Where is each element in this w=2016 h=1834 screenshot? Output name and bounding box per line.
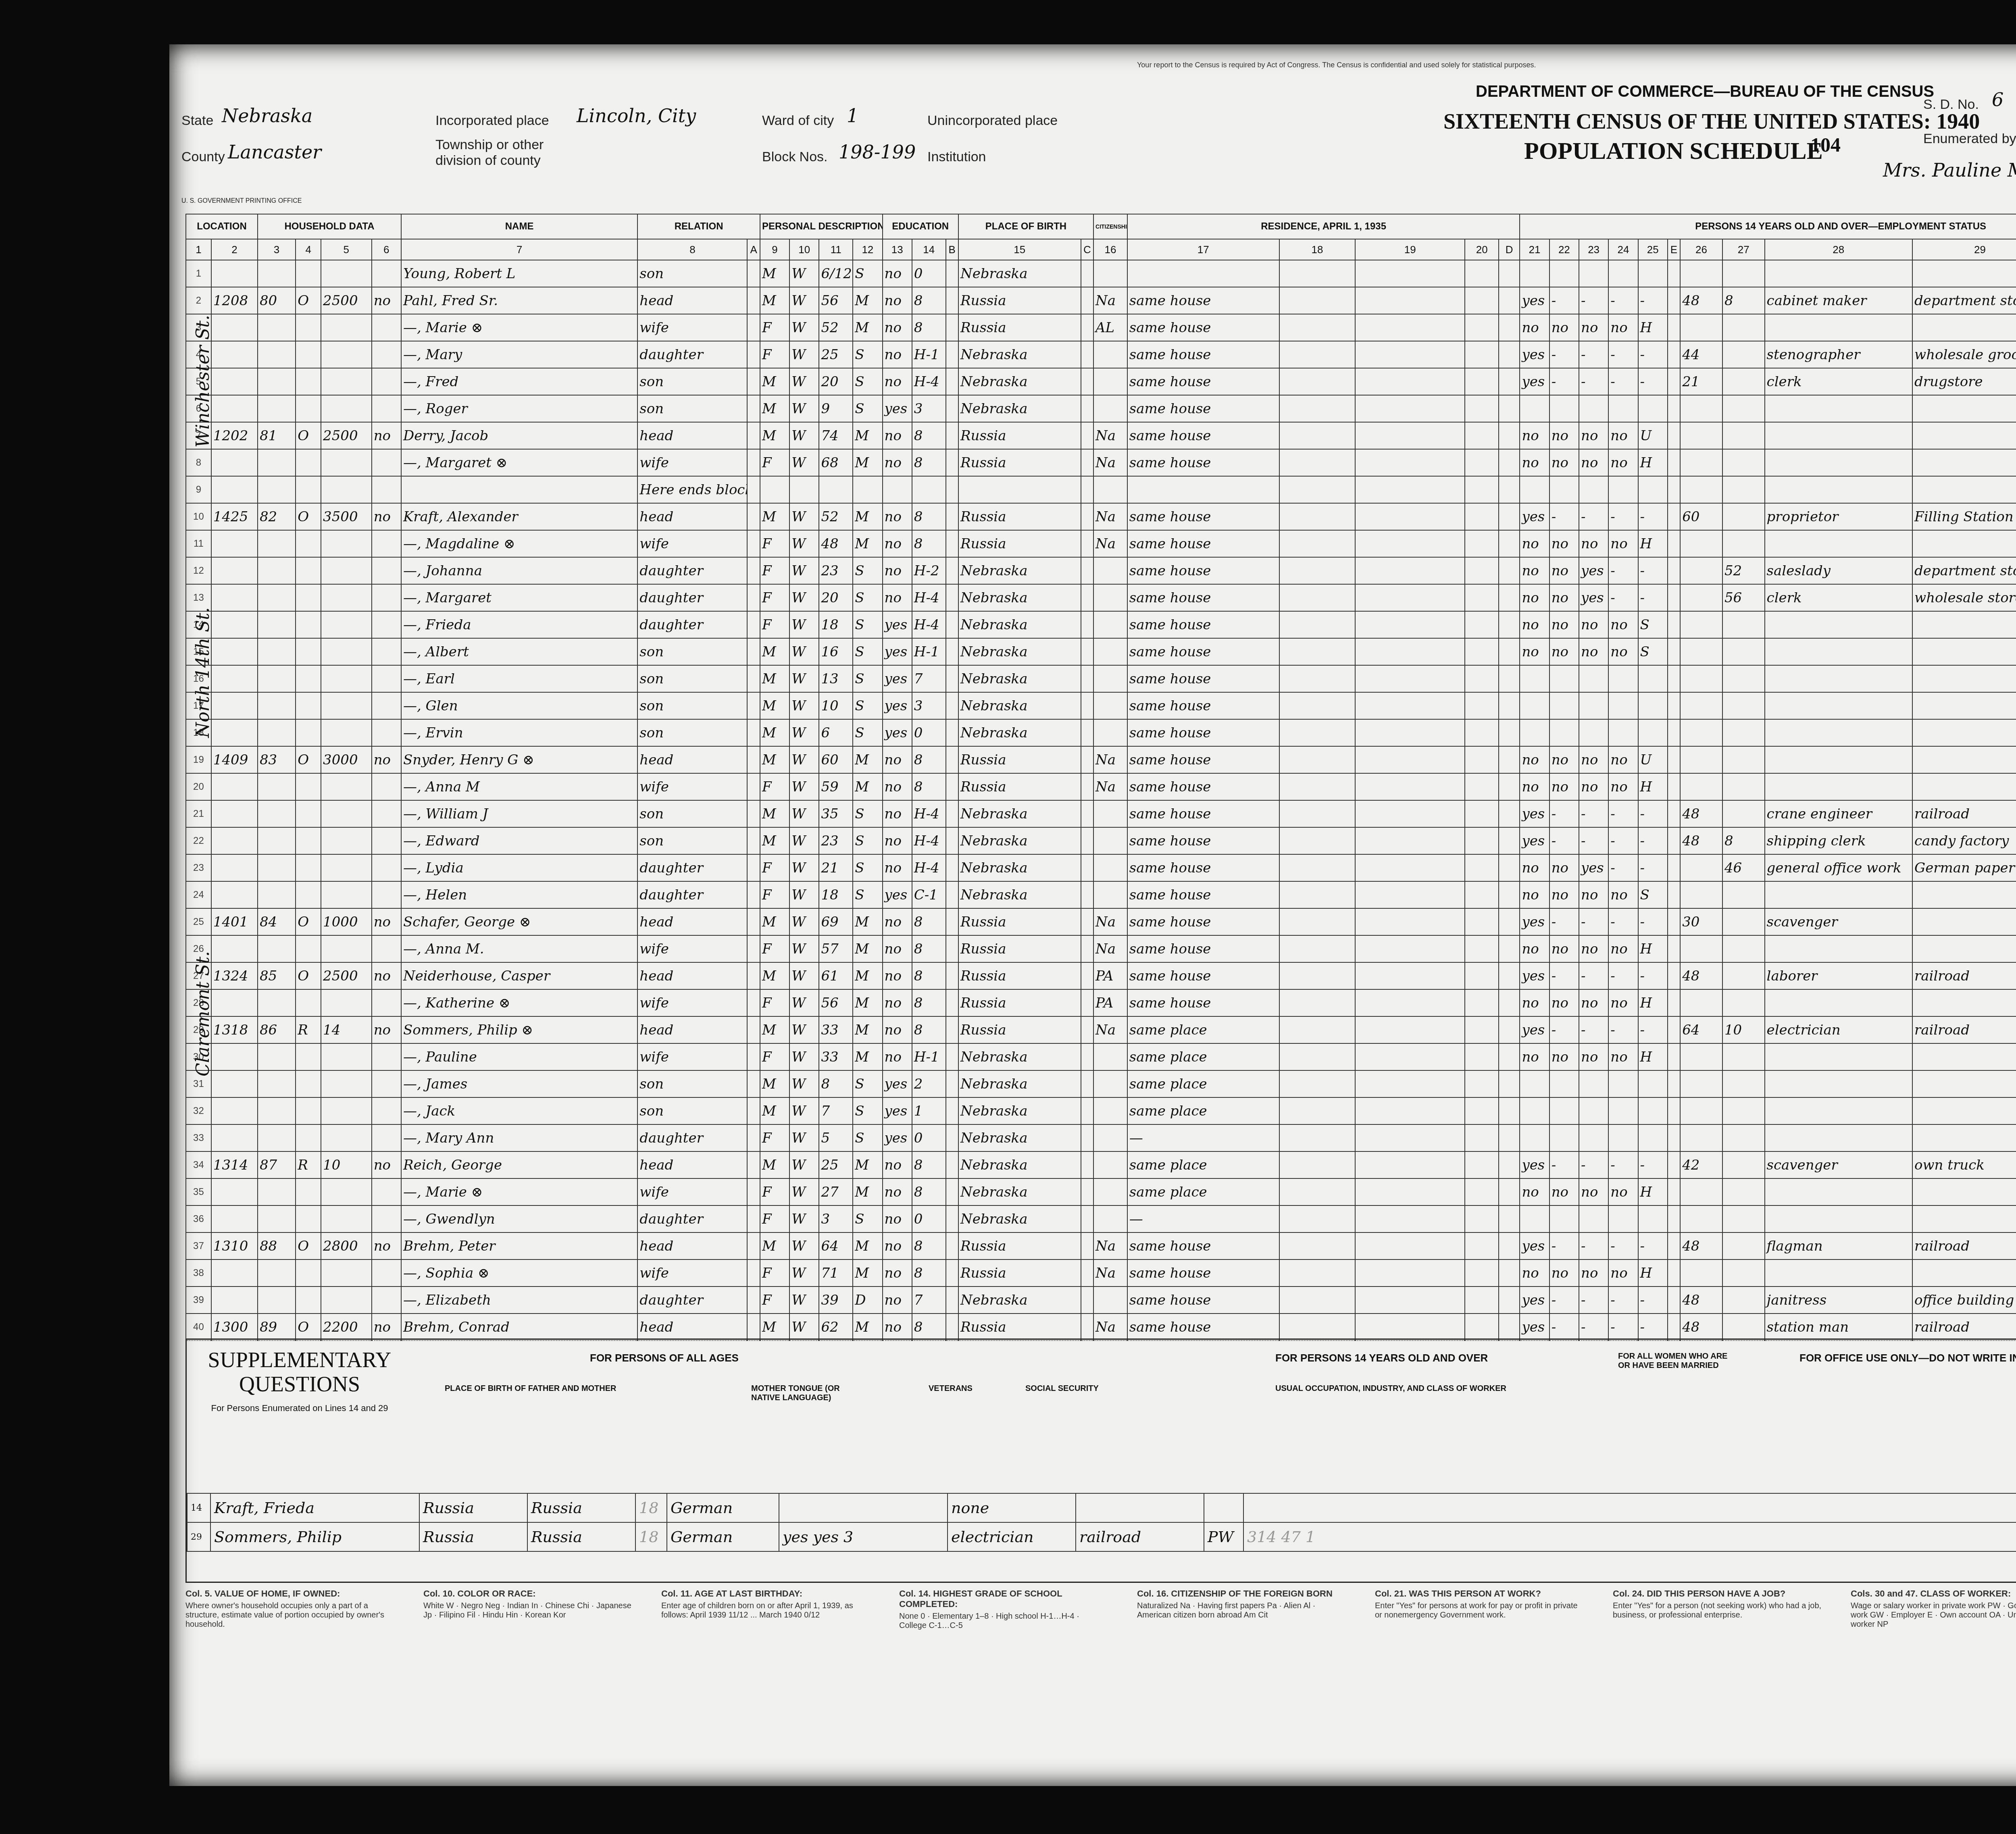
cell-cit bbox=[1093, 854, 1127, 881]
cell-line: 32 bbox=[186, 1097, 211, 1124]
cell-emp-2: no bbox=[1579, 449, 1608, 476]
cell-age: 33 bbox=[819, 1016, 853, 1043]
cell-res: same house bbox=[1127, 800, 1279, 827]
cell-emp-1: - bbox=[1549, 1287, 1579, 1314]
column-number: 23 bbox=[1579, 239, 1608, 260]
blank-cell bbox=[946, 962, 958, 989]
cell-wks bbox=[1722, 476, 1765, 503]
column-number: 7 bbox=[401, 239, 637, 260]
cell-mar: S bbox=[853, 584, 882, 611]
cell-emp-4: H bbox=[1638, 314, 1668, 341]
cell-sex: M bbox=[760, 746, 789, 773]
cell-res: same house bbox=[1127, 962, 1279, 989]
cell-emp-0: no bbox=[1520, 314, 1549, 341]
blank-cell bbox=[1081, 341, 1093, 368]
cell-hrs: 48 bbox=[1680, 1314, 1722, 1341]
cell-farm: no bbox=[372, 503, 401, 530]
cell-race: W bbox=[789, 719, 819, 746]
cell-age: 33 bbox=[819, 1043, 853, 1070]
cell-race: W bbox=[789, 1016, 819, 1043]
cell-birth: Russia bbox=[958, 1314, 1081, 1341]
cell-emp-0: no bbox=[1520, 422, 1549, 449]
cell-rel: son bbox=[637, 638, 747, 665]
cell-house bbox=[211, 1097, 258, 1124]
cell-cit: Na bbox=[1093, 503, 1127, 530]
blank-cell bbox=[946, 395, 958, 422]
blank-cell bbox=[1499, 854, 1520, 881]
blank-cell bbox=[1081, 476, 1093, 503]
cell-wks bbox=[1722, 935, 1765, 962]
blank-cell bbox=[1355, 557, 1465, 584]
township-label: Township or other division of county bbox=[435, 137, 573, 169]
cell-line: 19 bbox=[186, 746, 211, 773]
supp-mother: Russia bbox=[527, 1493, 635, 1522]
blank-cell bbox=[1668, 1287, 1680, 1314]
blank-cell bbox=[1668, 449, 1680, 476]
cell-res bbox=[1127, 260, 1279, 287]
cell-sex: F bbox=[760, 1259, 789, 1287]
cell-mar: M bbox=[853, 1259, 882, 1287]
cell-visit: 84 bbox=[258, 908, 296, 935]
cell-ind bbox=[1912, 314, 2016, 341]
cell-emp-1: no bbox=[1549, 881, 1579, 908]
cell-own bbox=[296, 935, 321, 962]
blank-cell bbox=[1668, 260, 1680, 287]
cell-emp-0: no bbox=[1520, 1043, 1549, 1070]
blank-cell bbox=[946, 1314, 958, 1341]
blank-cell bbox=[747, 584, 760, 611]
blank-cell bbox=[1499, 368, 1520, 395]
cell-value: 3500 bbox=[321, 503, 372, 530]
cell-emp-1 bbox=[1549, 692, 1579, 719]
cell-sch: no bbox=[883, 827, 912, 854]
blank-cell bbox=[747, 827, 760, 854]
cell-wks bbox=[1722, 1070, 1765, 1097]
cell-mar: M bbox=[853, 962, 882, 989]
cell-house bbox=[211, 368, 258, 395]
cell-name: Derry, Jacob bbox=[401, 422, 637, 449]
cell-name: Kraft, Alexander bbox=[401, 503, 637, 530]
cell-house bbox=[211, 584, 258, 611]
cell-emp-0: no bbox=[1520, 854, 1549, 881]
cell-emp-3 bbox=[1608, 1124, 1638, 1151]
blank-cell bbox=[1668, 908, 1680, 935]
blank-cell bbox=[1279, 476, 1355, 503]
cell-grade: 8 bbox=[912, 449, 946, 476]
blank-cell bbox=[1081, 746, 1093, 773]
cell-occ: stenographer bbox=[1765, 341, 1912, 368]
cell-race: W bbox=[789, 1314, 819, 1341]
cell-sch: yes bbox=[883, 1097, 912, 1124]
cell-hrs bbox=[1680, 1178, 1722, 1205]
table-body: 1Young, Robert LsonMW6/12Sno0Nebraska212… bbox=[186, 260, 2016, 1341]
cell-own: O bbox=[296, 422, 321, 449]
cell-res: same house bbox=[1127, 611, 1279, 638]
cell-emp-1: - bbox=[1549, 800, 1579, 827]
cell-hrs: 48 bbox=[1680, 800, 1722, 827]
blank-cell bbox=[747, 1070, 760, 1097]
cell-emp-3: no bbox=[1608, 611, 1638, 638]
cell-wks bbox=[1722, 800, 1765, 827]
cell-hrs bbox=[1680, 638, 1722, 665]
cell-name: —, Ervin bbox=[401, 719, 637, 746]
cell-emp-4: H bbox=[1638, 773, 1668, 800]
blank-cell bbox=[1081, 395, 1093, 422]
cell-emp-1: - bbox=[1549, 368, 1579, 395]
blank-cell bbox=[1081, 368, 1093, 395]
cell-rel: head bbox=[637, 962, 747, 989]
cell-farm bbox=[372, 1070, 401, 1097]
cell-emp-1: no bbox=[1549, 530, 1579, 557]
cell-own bbox=[296, 1287, 321, 1314]
supp-ss bbox=[779, 1493, 948, 1522]
blank-cell bbox=[1499, 1097, 1520, 1124]
cell-grade: 8 bbox=[912, 1232, 946, 1259]
cell-birth: Nebraska bbox=[958, 260, 1081, 287]
cell-race: W bbox=[789, 260, 819, 287]
cell-emp-3: - bbox=[1608, 341, 1638, 368]
cell-house bbox=[211, 935, 258, 962]
cell-race: W bbox=[789, 1124, 819, 1151]
cell-emp-4: S bbox=[1638, 611, 1668, 638]
blank-cell bbox=[747, 1259, 760, 1287]
blank-cell bbox=[1668, 557, 1680, 584]
cell-mar: S bbox=[853, 611, 882, 638]
cell-wks: 46 bbox=[1722, 854, 1765, 881]
cell-own bbox=[296, 260, 321, 287]
blank-cell bbox=[1279, 854, 1355, 881]
cell-visit bbox=[258, 260, 296, 287]
blank-cell bbox=[946, 638, 958, 665]
table-row: 5—, FredsonMW20SnoH-4Nebraskasame housey… bbox=[186, 368, 2016, 395]
cell-own: O bbox=[296, 287, 321, 314]
blank-cell bbox=[1081, 989, 1093, 1016]
cell-hrs bbox=[1680, 1259, 1722, 1287]
cell-emp-4: H bbox=[1638, 1178, 1668, 1205]
cell-visit: 85 bbox=[258, 962, 296, 989]
supp-ind: railroad bbox=[1076, 1522, 1204, 1551]
supp-father: Russia bbox=[419, 1522, 527, 1551]
blank-cell bbox=[1081, 1205, 1093, 1232]
cell-emp-2: - bbox=[1579, 1314, 1608, 1341]
blank-cell bbox=[747, 800, 760, 827]
cell-name: —, Johanna bbox=[401, 557, 637, 584]
cell-sch: no bbox=[883, 1314, 912, 1341]
cell-name: —, Elizabeth bbox=[401, 1287, 637, 1314]
blank-cell bbox=[1465, 908, 1499, 935]
cell-sch: no bbox=[883, 287, 912, 314]
blank-cell bbox=[1499, 260, 1520, 287]
cell-visit bbox=[258, 584, 296, 611]
ward-label: Ward of city bbox=[762, 113, 834, 129]
cell-occ: scavenger bbox=[1765, 1151, 1912, 1178]
cell-grade: 8 bbox=[912, 989, 946, 1016]
blank-cell bbox=[1081, 1314, 1093, 1341]
cell-emp-3: no bbox=[1608, 1259, 1638, 1287]
column-number: 11 bbox=[819, 239, 853, 260]
blank-cell bbox=[1499, 935, 1520, 962]
cell-grade: 8 bbox=[912, 422, 946, 449]
cell-hrs bbox=[1680, 260, 1722, 287]
cell-visit bbox=[258, 989, 296, 1016]
cell-rel: son bbox=[637, 719, 747, 746]
blank-cell bbox=[1668, 422, 1680, 449]
cell-farm bbox=[372, 476, 401, 503]
cell-emp-2 bbox=[1579, 1124, 1608, 1151]
cell-rel: head bbox=[637, 503, 747, 530]
blank-cell bbox=[1499, 314, 1520, 341]
cell-emp-0 bbox=[1520, 395, 1549, 422]
cell-res: same house bbox=[1127, 503, 1279, 530]
cell-emp-2 bbox=[1579, 1070, 1608, 1097]
blank-cell bbox=[1668, 1043, 1680, 1070]
cell-value bbox=[321, 584, 372, 611]
cell-emp-0: no bbox=[1520, 584, 1549, 611]
blank-cell bbox=[1081, 503, 1093, 530]
cell-sex: M bbox=[760, 908, 789, 935]
blank-cell bbox=[747, 1016, 760, 1043]
blank-cell bbox=[1279, 287, 1355, 314]
blank-cell bbox=[1499, 881, 1520, 908]
blank-cell bbox=[1081, 1124, 1093, 1151]
table-row: 10142582O3500noKraft, AlexanderheadMW52M… bbox=[186, 503, 2016, 530]
cell-occ bbox=[1765, 314, 1912, 341]
column-number: 19 bbox=[1355, 239, 1465, 260]
cell-ind bbox=[1912, 638, 2016, 665]
cell-emp-2 bbox=[1579, 395, 1608, 422]
cell-visit bbox=[258, 476, 296, 503]
cell-sch bbox=[883, 476, 912, 503]
blank-cell bbox=[1279, 314, 1355, 341]
cell-visit bbox=[258, 1205, 296, 1232]
blank-cell bbox=[1081, 1016, 1093, 1043]
blank-cell bbox=[1499, 665, 1520, 692]
blank-cell bbox=[747, 314, 760, 341]
cell-cit bbox=[1093, 692, 1127, 719]
cell-own bbox=[296, 1178, 321, 1205]
cell-emp-3: no bbox=[1608, 422, 1638, 449]
cell-res: same place bbox=[1127, 1016, 1279, 1043]
blank-cell bbox=[1081, 1070, 1093, 1097]
blank-cell bbox=[1279, 611, 1355, 638]
blank-cell bbox=[747, 368, 760, 395]
cell-grade bbox=[912, 476, 946, 503]
cell-ind bbox=[1912, 1178, 2016, 1205]
cell-cit: Na bbox=[1093, 287, 1127, 314]
table-row: 11—, Magdaline ⊗wifeFW48Mno8RussiaNasame… bbox=[186, 530, 2016, 557]
table-row: 14—, FriedadaughterFW18SyesH-4Nebraskasa… bbox=[186, 611, 2016, 638]
cell-name bbox=[401, 476, 637, 503]
cell-own: O bbox=[296, 908, 321, 935]
blank-cell bbox=[946, 1097, 958, 1124]
cell-emp-1: - bbox=[1549, 908, 1579, 935]
cell-grade: 7 bbox=[912, 665, 946, 692]
cell-farm bbox=[372, 935, 401, 962]
cell-value bbox=[321, 530, 372, 557]
cell-emp-1: - bbox=[1549, 962, 1579, 989]
cell-name: Young, Robert L bbox=[401, 260, 637, 287]
blank-cell bbox=[1465, 557, 1499, 584]
cell-farm bbox=[372, 557, 401, 584]
note-title: Col. 21. WAS THIS PERSON AT WORK? bbox=[1375, 1588, 1585, 1599]
blank-cell bbox=[747, 1178, 760, 1205]
blank-cell bbox=[1668, 1314, 1680, 1341]
blank-cell bbox=[946, 503, 958, 530]
cell-birth: Nebraska bbox=[958, 827, 1081, 854]
cell-birth: Nebraska bbox=[958, 1097, 1081, 1124]
blank-cell bbox=[1465, 746, 1499, 773]
blank-cell bbox=[1465, 1178, 1499, 1205]
cell-res: same house bbox=[1127, 368, 1279, 395]
cell-birth: Nebraska bbox=[958, 665, 1081, 692]
cell-emp-2: - bbox=[1579, 1232, 1608, 1259]
cell-birth: Nebraska bbox=[958, 854, 1081, 881]
cell-sch: no bbox=[883, 422, 912, 449]
cell-race: W bbox=[789, 422, 819, 449]
blank-cell bbox=[1081, 611, 1093, 638]
cell-age: 6 bbox=[819, 719, 853, 746]
cell-race: W bbox=[789, 962, 819, 989]
cell-farm bbox=[372, 341, 401, 368]
cell-res: same house bbox=[1127, 1232, 1279, 1259]
cell-sch: no bbox=[883, 746, 912, 773]
cell-emp-1 bbox=[1549, 260, 1579, 287]
cell-own: R bbox=[296, 1151, 321, 1178]
cell-emp-4 bbox=[1638, 692, 1668, 719]
cell-race: W bbox=[789, 692, 819, 719]
cell-race: W bbox=[789, 611, 819, 638]
cell-emp-2: - bbox=[1579, 827, 1608, 854]
cell-visit bbox=[258, 1287, 296, 1314]
cell-res: same house bbox=[1127, 341, 1279, 368]
cell-emp-1: no bbox=[1549, 422, 1579, 449]
cell-name: —, Marie ⊗ bbox=[401, 1178, 637, 1205]
blank-cell bbox=[1279, 935, 1355, 962]
cell-mar: S bbox=[853, 260, 882, 287]
cell-emp-1: - bbox=[1549, 341, 1579, 368]
cell-age: 56 bbox=[819, 989, 853, 1016]
column-number: 8 bbox=[637, 239, 747, 260]
cell-cit bbox=[1093, 341, 1127, 368]
cell-name: —, Anna M bbox=[401, 773, 637, 800]
cell-farm: no bbox=[372, 1151, 401, 1178]
blank-cell bbox=[1355, 530, 1465, 557]
blank-cell bbox=[1465, 881, 1499, 908]
cell-mar: M bbox=[853, 935, 882, 962]
cell-emp-2 bbox=[1579, 665, 1608, 692]
cell-emp-3: - bbox=[1608, 368, 1638, 395]
blank-cell bbox=[1668, 773, 1680, 800]
cell-emp-0: no bbox=[1520, 449, 1549, 476]
blank-cell bbox=[1081, 1232, 1093, 1259]
blank-cell bbox=[1465, 1070, 1499, 1097]
cell-house: 1409 bbox=[211, 746, 258, 773]
cell-farm bbox=[372, 368, 401, 395]
cell-grade: H-4 bbox=[912, 611, 946, 638]
cell-occ: shipping clerk bbox=[1765, 827, 1912, 854]
enumerator-name: Mrs. Pauline Meier 1611 No 18 bbox=[1883, 159, 2016, 181]
note-body: Enter "Yes" for persons at work for pay … bbox=[1375, 1601, 1578, 1620]
cell-value bbox=[321, 1043, 372, 1070]
cell-cit bbox=[1093, 1043, 1127, 1070]
blank-cell bbox=[1355, 368, 1465, 395]
cell-occ: station man bbox=[1765, 1314, 1912, 1341]
cell-ind bbox=[1912, 1205, 2016, 1232]
cell-rel: son bbox=[637, 260, 747, 287]
cell-emp-3 bbox=[1608, 665, 1638, 692]
cell-emp-2: - bbox=[1579, 800, 1608, 827]
blank-cell bbox=[1355, 1259, 1465, 1287]
cell-emp-1 bbox=[1549, 1205, 1579, 1232]
cell-birth: Russia bbox=[958, 935, 1081, 962]
cell-value: 2200 bbox=[321, 1314, 372, 1341]
cell-ind bbox=[1912, 422, 2016, 449]
cell-emp-0 bbox=[1520, 476, 1549, 503]
column-number: 25 bbox=[1638, 239, 1668, 260]
blank-cell bbox=[747, 746, 760, 773]
cell-value: 14 bbox=[321, 1016, 372, 1043]
blank-cell bbox=[747, 530, 760, 557]
cell-occ bbox=[1765, 1043, 1912, 1070]
note-title: Col. 5. VALUE OF HOME, IF OWNED: bbox=[185, 1588, 395, 1599]
blank-cell bbox=[1355, 962, 1465, 989]
blank-cell bbox=[1355, 719, 1465, 746]
cell-emp-0 bbox=[1520, 1097, 1549, 1124]
blank-cell bbox=[1668, 368, 1680, 395]
section-education: EDUCATION bbox=[883, 214, 958, 239]
cell-house: 1310 bbox=[211, 1232, 258, 1259]
blank-cell bbox=[747, 935, 760, 962]
cell-emp-1: no bbox=[1549, 557, 1579, 584]
cell-mar: S bbox=[853, 719, 882, 746]
column-number: 5 bbox=[321, 239, 372, 260]
state-value: Nebraska bbox=[222, 105, 312, 127]
blank-cell bbox=[747, 665, 760, 692]
cell-grade: H-4 bbox=[912, 854, 946, 881]
cell-age: 60 bbox=[819, 746, 853, 773]
cell-occ bbox=[1765, 989, 1912, 1016]
cell-race: W bbox=[789, 665, 819, 692]
blank-cell bbox=[1499, 1259, 1520, 1287]
cell-visit: 80 bbox=[258, 287, 296, 314]
cell-value bbox=[321, 557, 372, 584]
cell-emp-0: yes bbox=[1520, 1314, 1549, 1341]
blank-cell bbox=[1668, 1124, 1680, 1151]
blank-cell bbox=[1499, 692, 1520, 719]
blank-cell bbox=[946, 530, 958, 557]
column-number: 2 bbox=[211, 239, 258, 260]
table-row: 8—, Margaret ⊗wifeFW68Mno8RussiaNasame h… bbox=[186, 449, 2016, 476]
blank-cell bbox=[747, 1097, 760, 1124]
cell-mar: M bbox=[853, 1043, 882, 1070]
cell-rel: wife bbox=[637, 314, 747, 341]
cell-own: R bbox=[296, 1016, 321, 1043]
cell-race bbox=[789, 476, 819, 503]
cell-emp-4 bbox=[1638, 1205, 1668, 1232]
cell-emp-1 bbox=[1549, 1124, 1579, 1151]
cell-visit: 88 bbox=[258, 1232, 296, 1259]
blank-cell bbox=[1668, 1151, 1680, 1178]
cell-emp-2 bbox=[1579, 260, 1608, 287]
cell-occ: cabinet maker bbox=[1765, 287, 1912, 314]
blank-cell bbox=[946, 1205, 958, 1232]
cell-emp-4 bbox=[1638, 476, 1668, 503]
cell-house bbox=[211, 1070, 258, 1097]
cell-emp-4: H bbox=[1638, 1259, 1668, 1287]
cell-emp-4: - bbox=[1638, 503, 1668, 530]
cell-emp-0: no bbox=[1520, 881, 1549, 908]
cell-rel: daughter bbox=[637, 881, 747, 908]
